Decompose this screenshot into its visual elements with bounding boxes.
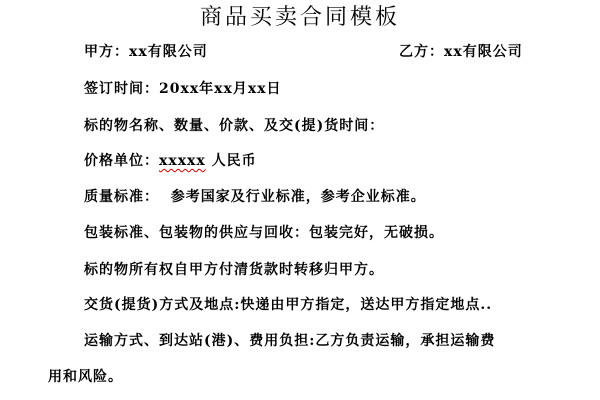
delivery-text: 交货(提货)方式及地点:快递由甲方指定，送达甲方指定地点.. bbox=[84, 295, 492, 315]
transport-text-line1: 运输方式、到达站(港)、费用负担:乙方负责运输，承担运输费 bbox=[84, 331, 495, 351]
parties-line: 甲方：xx有限公司 乙方：xx有限公司 bbox=[84, 42, 544, 62]
document-title: 商品买卖合同模板 bbox=[0, 2, 600, 34]
price-unit-currency: 人民币 bbox=[212, 153, 257, 169]
party-b-text: 乙方：xx有限公司 bbox=[399, 42, 523, 62]
party-a-text: 甲方：xx有限公司 bbox=[84, 44, 208, 60]
transport-text-line2: 用和风险。 bbox=[48, 367, 123, 387]
quality-standard-text: 质量标准： 参考国家及行业标准，参考企业标准。 bbox=[84, 187, 426, 207]
price-unit-label: 价格单位： bbox=[84, 153, 159, 169]
price-unit-value: xxxxx bbox=[159, 153, 206, 169]
ownership-text: 标的物所有权自甲方付清货款时转移归甲方。 bbox=[84, 260, 384, 280]
price-unit-line: 价格单位：xxxxx 人民币 bbox=[84, 151, 257, 171]
sign-date-text: 签订时间：20xx年xx月xx日 bbox=[84, 79, 282, 99]
subject-info-text: 标的物名称、数量、价款、及交(提)货时间： bbox=[84, 116, 384, 136]
packaging-text: 包装标准、包装物的供应与回收：包装完好，无破损。 bbox=[84, 223, 444, 243]
